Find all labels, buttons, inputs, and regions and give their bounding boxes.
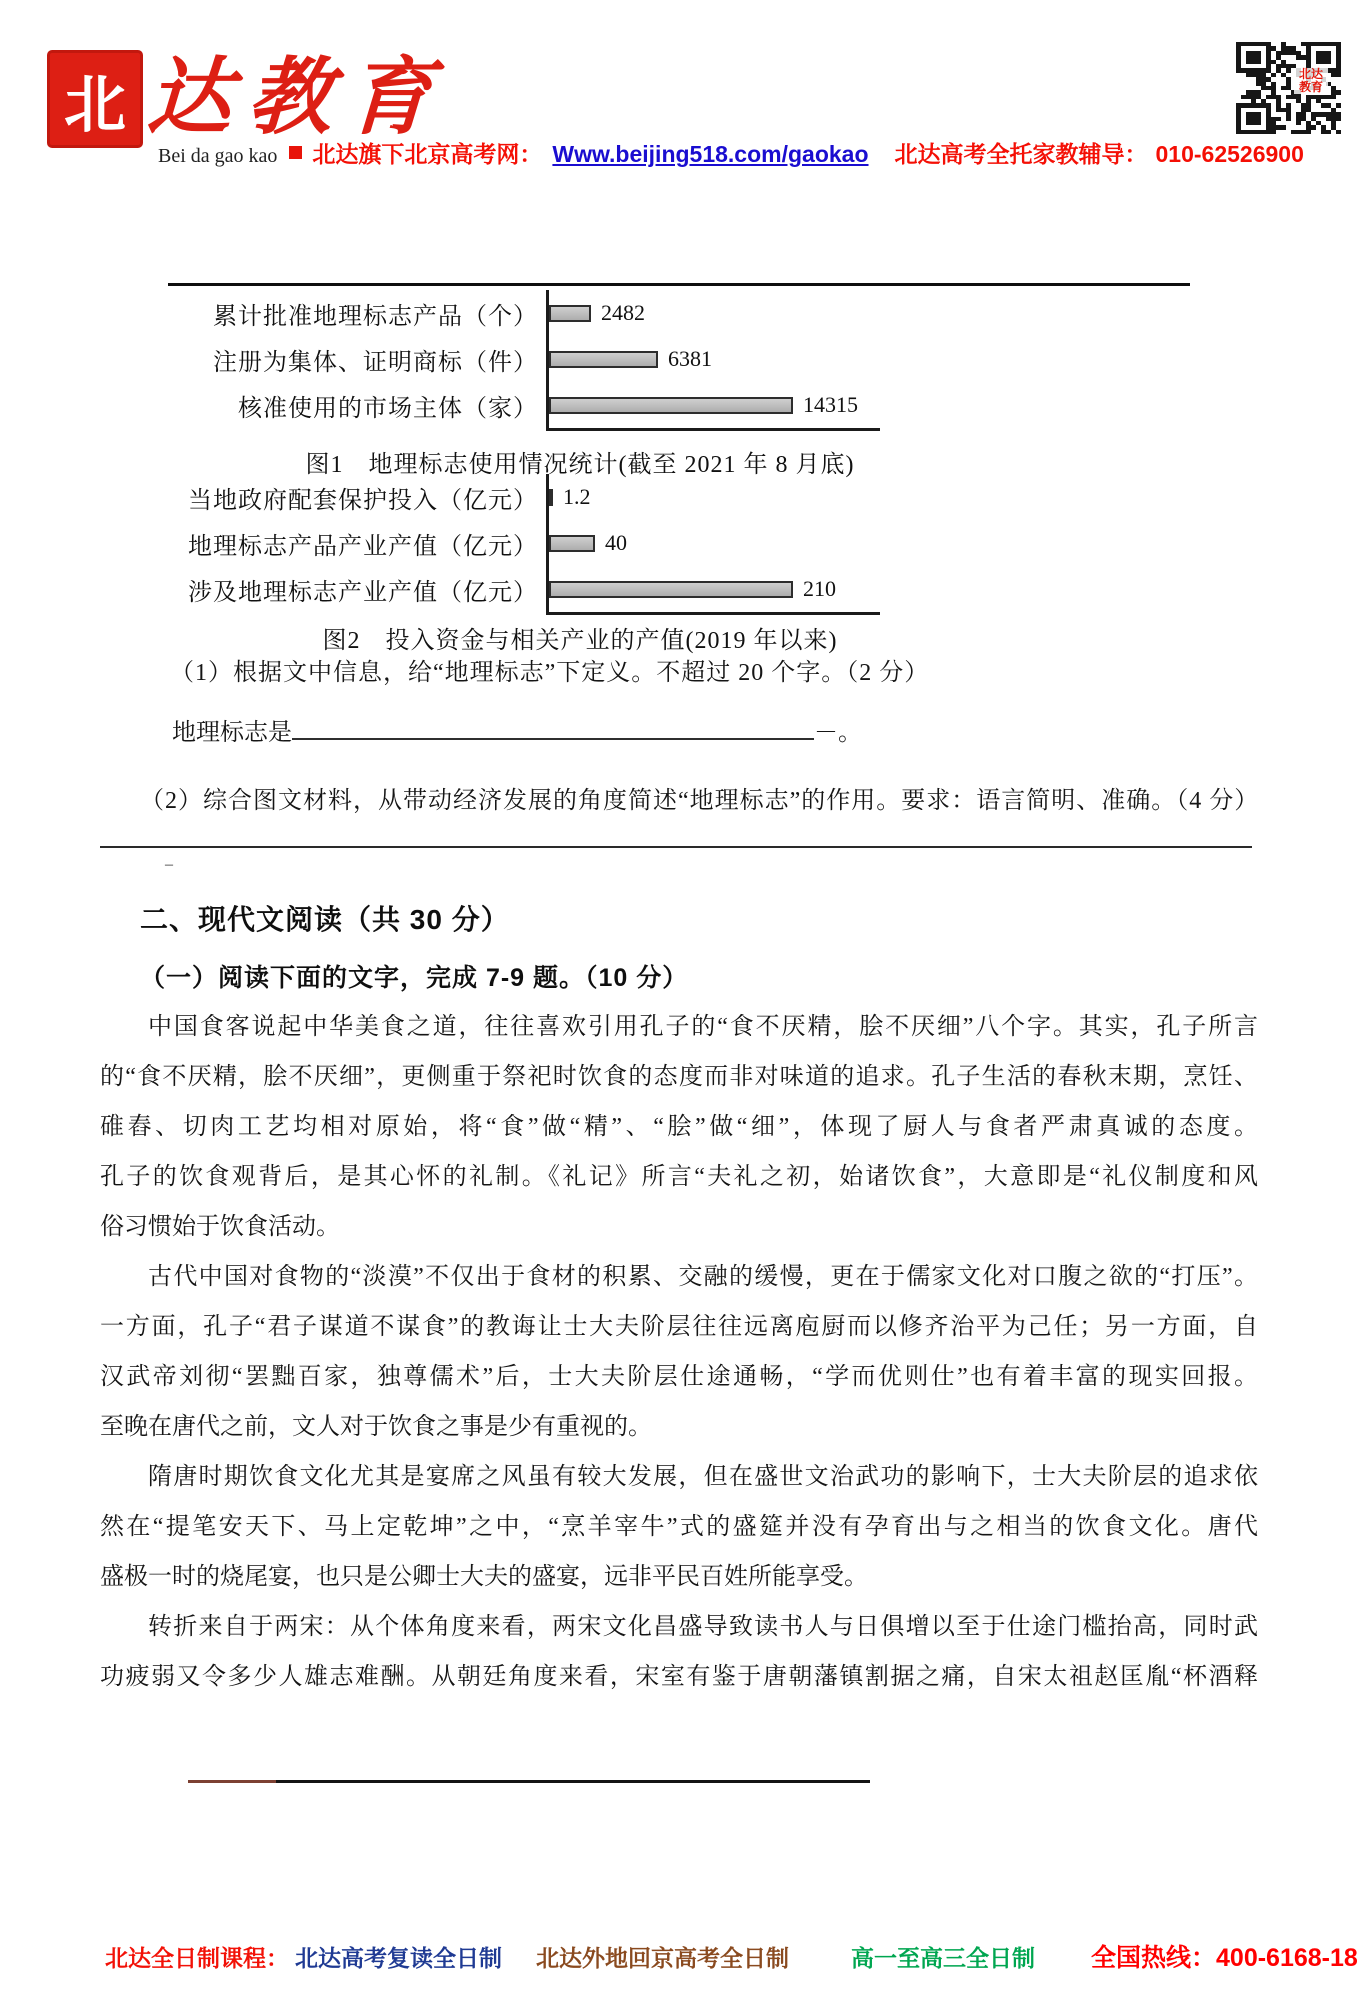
qr-code: 北达 教育 [1236, 42, 1342, 138]
header-tagline-row: Bei da gao kao 北达旗下北京高考网： Www.beijing518… [158, 136, 1304, 169]
passage-line: 一方面，孔子“君子谋道不谋食”的教诲让士大夫阶层往往远离庖厨而以修齐治平为己任；… [100, 1302, 1258, 1352]
chart-bar-value: 210 [803, 576, 836, 602]
chart-plot-zone: 14315 [546, 382, 920, 428]
chart-bar-value: 14315 [803, 392, 858, 418]
chart-bar-value: 2482 [601, 300, 645, 326]
passage-line: 汉武帝刘彻“罢黜百家，独尊儒术”后，士大夫阶层仕途通畅，“学而优则仕”也有着丰富… [100, 1352, 1258, 1402]
chart-bar-row: 地理标志产品产业产值（亿元）40 [0, 520, 920, 566]
answer-blank [292, 712, 814, 740]
logo-script: 达教育 [145, 30, 451, 151]
stray-mark: – [165, 856, 173, 874]
chart-bar-value: 6381 [668, 346, 712, 372]
chart-bar-row: 核准使用的市场主体（家）14315 [0, 382, 920, 428]
footer-bar: 北达全日制课程： 北达高考复读全日制 北达外地回京高考全日制 高一至高三全日制 … [105, 1938, 1358, 1974]
chart2-caption: 图2 投入资金与相关产业的产值(2019 年以来) [170, 620, 990, 655]
chart-plot-zone: 40 [546, 520, 920, 566]
chart-bar-row: 涉及地理标志产业产值（亿元）210 [0, 566, 920, 612]
logo-seal-icon: 北 [47, 50, 143, 148]
chart-bar [549, 535, 595, 552]
chart-bar [549, 489, 553, 506]
chart-bar [549, 397, 793, 414]
chart-bar-value: 40 [605, 530, 627, 556]
gaokao-site-link[interactable]: Www.beijing518.com/gaokao [552, 141, 868, 168]
section-heading: 二、现代文阅读（共 30 分） [140, 898, 510, 938]
tagline-right: 北达高考全托家教辅导： [895, 136, 1148, 169]
passage-line: 古代中国对食物的“淡漠”不仅出于食材的积累、交融的缓慢，更在于儒家文化对口腹之欲… [100, 1252, 1258, 1302]
bottom-divider [188, 1780, 870, 1783]
footer-hotline-number: 400-6168-182 [1216, 1944, 1358, 1973]
chart2-investment-output: 当地政府配套保护投入（亿元）1.2地理标志产品产业产值（亿元）40涉及地理标志产… [0, 474, 920, 615]
divider-black-segment [276, 1780, 870, 1783]
tagline-left: 北达旗下北京高考网： [312, 136, 542, 169]
chart-category-label: 涉及地理标志产业产值（亿元） [0, 572, 546, 607]
passage-line: 碓舂、切肉工艺均相对原始，将“食”做“精”、“脍”做“细”，体现了厨人与食者严肃… [100, 1102, 1258, 1152]
chart-category-label: 核准使用的市场主体（家） [0, 388, 546, 423]
top-rule [168, 283, 1190, 286]
reading-passage: 中国食客说起中华美食之道，往往喜欢引用孔子的“食不厌精，脍不厌细”八个字。其实，… [100, 1002, 1258, 1702]
chart-plot-zone: 2482 [546, 290, 920, 336]
subsection-heading: （一）阅读下面的文字，完成 7-9 题。（10 分） [140, 958, 688, 994]
red-square-icon [289, 146, 302, 159]
qr-center-label: 北达 教育 [1294, 68, 1328, 94]
passage-line: 然在“提笔安天下、马上定乾坤”之中，“烹羊宰牛”式的盛筵并没有孕育出与之相当的饮… [100, 1502, 1258, 1552]
answer-rule [100, 846, 1252, 848]
passage-line: 的“食不厌精，脍不厌细”，更侧重于祭祀时饮食的态度而非对味道的追求。孔子生活的春… [100, 1052, 1258, 1102]
passage-line: 中国食客说起中华美食之道，往往喜欢引用孔子的“食不厌精，脍不厌细”八个字。其实，… [100, 1002, 1258, 1052]
logo-seal-char: 北 [64, 55, 126, 144]
header-phone: 010-62526900 [1156, 141, 1304, 168]
fill-suffix: －。 [814, 712, 862, 747]
chart-baseline [546, 428, 880, 431]
passage-line: 俗习惯始于饮食活动。 [100, 1202, 1258, 1252]
divider-brown-segment [188, 1780, 276, 1783]
chart1-geo-indication-usage: 累计批准地理标志产品（个）2482注册为集体、证明商标（件）6381核准使用的市… [0, 290, 920, 431]
chart-category-label: 地理标志产品产业产值（亿元） [0, 526, 546, 561]
chart-bar [549, 351, 658, 368]
question-2: （2）综合图文材料，从带动经济发展的角度简述“地理标志”的作用。要求：语言简明、… [140, 780, 1259, 815]
passage-line: 盛极一时的烧尾宴，也只是公卿士大夫的盛宴，远非平民百姓所能享受。 [100, 1552, 1258, 1602]
chart-baseline [546, 612, 880, 615]
chart-plot-zone: 6381 [546, 336, 920, 382]
chart-plot-zone: 210 [546, 566, 920, 612]
chart-category-label: 当地政府配套保护投入（亿元） [0, 480, 546, 515]
passage-line: 转折来自于两宋：从个体角度来看，两宋文化昌盛导致读书人与日俱增以至于仕途门槛抬高… [100, 1602, 1258, 1652]
chart-bar-row: 累计批准地理标志产品（个）2482 [0, 290, 920, 336]
chart-bar-row: 当地政府配套保护投入（亿元）1.2 [0, 474, 920, 520]
chart-category-label: 累计批准地理标志产品（个） [0, 296, 546, 331]
footer-hotline-label: 全国热线： [1091, 1938, 1216, 1974]
chart-plot-zone: 1.2 [546, 474, 920, 520]
passage-line: 至晚在唐代之前，文人对于饮食之事是少有重视的。 [100, 1402, 1258, 1452]
passage-line: 隋唐时期饮食文化尤其是宴席之风虽有较大发展，但在盛世文治武功的影响下，士大夫阶层… [100, 1452, 1258, 1502]
chart-bar [549, 305, 591, 322]
passage-line: 孔子的饮食观背后，是其心怀的礼制。《礼记》所言“夫礼之初，始诸饮食”，大意即是“… [100, 1152, 1258, 1202]
chart-category-label: 注册为集体、证明商标（件） [0, 342, 546, 377]
passage-line: 功疲弱又令多少人雄志难酬。从朝廷角度来看，宋室有鉴于唐朝藩镇割据之痛，自宋太祖赵… [100, 1652, 1258, 1702]
footer-item-fulltime: 北达高考复读全日制 [295, 1940, 502, 1973]
footer-item-grades: 高一至高三全日制 [851, 1940, 1035, 1973]
footer-course-label: 北达全日制课程： [105, 1940, 289, 1973]
chart-bar [549, 581, 793, 598]
fill-prefix: 地理标志是 [172, 712, 292, 747]
chart-bar-value: 1.2 [563, 484, 591, 510]
fill-in-blank-line: 地理标志是 －。 [172, 712, 862, 747]
exam-page: 北 达教育 Bei da gao kao 北达旗下北京高考网： Www.beij… [0, 0, 1358, 2008]
chart-bar-row: 注册为集体、证明商标（件）6381 [0, 336, 920, 382]
question-1: （1）根据文中信息，给“地理标志”下定义。不超过 20 个字。（2 分） [170, 652, 929, 687]
logo-romanized: Bei da gao kao [158, 145, 277, 168]
footer-item-return: 北达外地回京高考全日制 [536, 1940, 789, 1973]
